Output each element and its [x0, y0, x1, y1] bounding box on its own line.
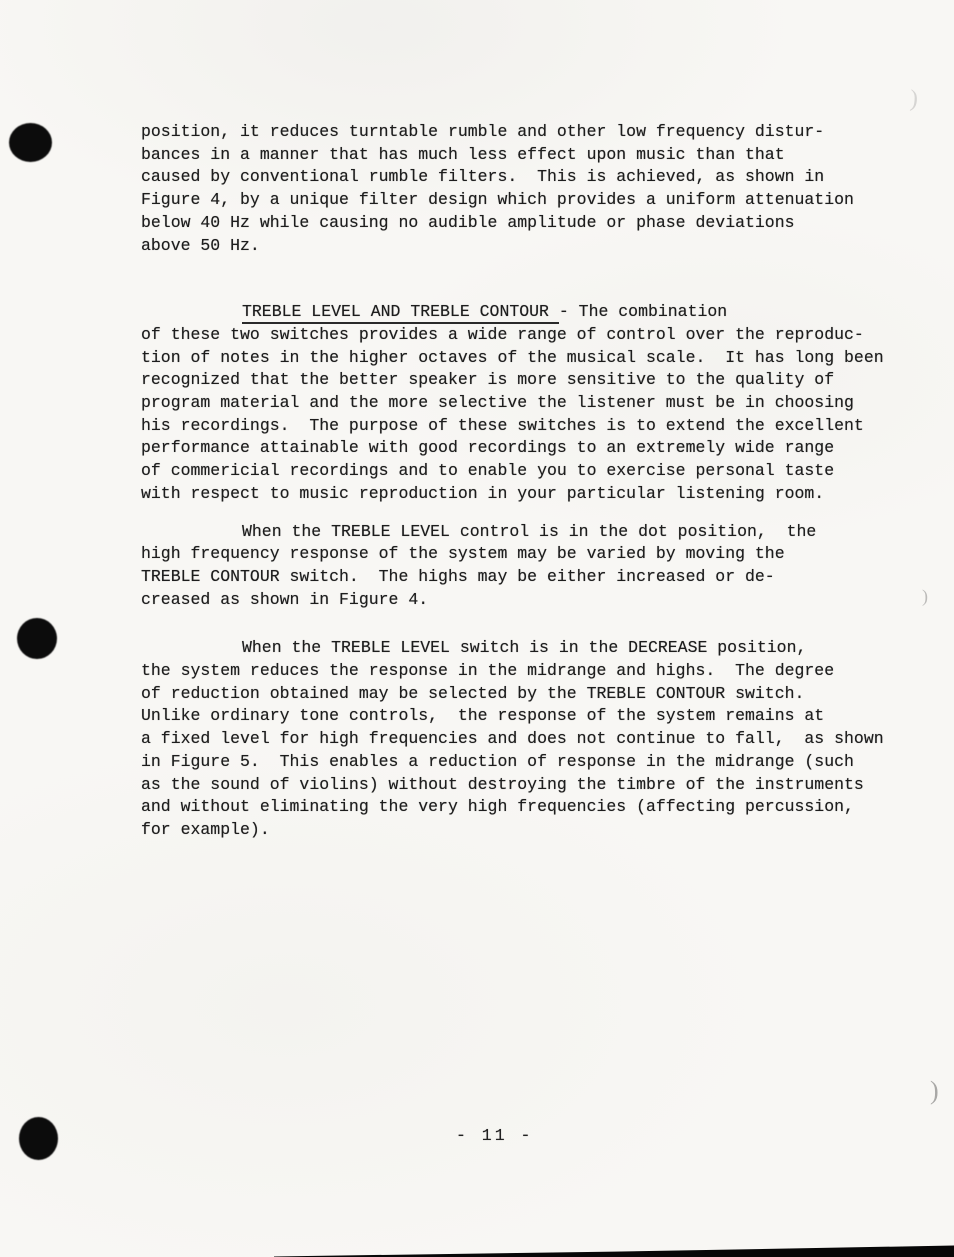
hole-punch-mark	[19, 1117, 58, 1160]
text-line: high frequency response of the system ma…	[141, 543, 921, 566]
text-line: creased as shown in Figure 4.	[141, 589, 921, 612]
text-line: with respect to music reproduction in yo…	[141, 483, 921, 506]
hole-punch-mark	[9, 123, 52, 162]
document-body: position, it reduces turntable rumble an…	[141, 121, 921, 842]
text-line: caused by conventional rumble filters. T…	[141, 166, 921, 189]
text-line: When the TREBLE LEVEL control is in the …	[141, 521, 921, 544]
text-line: a fixed level for high frequencies and d…	[141, 728, 921, 751]
scan-mark: )	[930, 1076, 939, 1106]
text-line: in Figure 5. This enables a reduction of…	[141, 751, 921, 774]
text-line: bances in a manner that has much less ef…	[141, 144, 921, 167]
text-line: program material and the more selective …	[141, 392, 921, 415]
para-rumble-filter: position, it reduces turntable rumble an…	[141, 121, 921, 257]
text-line: for example).	[141, 819, 921, 842]
scan-edge-shadow	[274, 1243, 954, 1257]
text-line: above 50 Hz.	[141, 235, 921, 258]
text-line: of reduction obtained may be selected by…	[141, 683, 921, 706]
text-segment: - The combination	[559, 302, 727, 321]
scanned-document-page: position, it reduces turntable rumble an…	[0, 0, 954, 1257]
scan-mark: )	[909, 86, 919, 113]
text-line: as the sound of violins) without destroy…	[141, 774, 921, 797]
text-line: TREBLE LEVEL AND TREBLE CONTOUR - The co…	[141, 301, 921, 324]
text-line: TREBLE CONTOUR switch. The highs may be …	[141, 566, 921, 589]
page-number: - 11 -	[456, 1126, 533, 1145]
text-line: position, it reduces turntable rumble an…	[141, 121, 921, 144]
text-line: Unlike ordinary tone controls, the respo…	[141, 705, 921, 728]
text-line: the system reduces the response in the m…	[141, 660, 921, 683]
text-line: of these two switches provides a wide ra…	[141, 324, 921, 347]
text-line: tion of notes in the higher octaves of t…	[141, 347, 921, 370]
text-line: his recordings. The purpose of these swi…	[141, 415, 921, 438]
para-treble-level-dot-position: When the TREBLE LEVEL control is in the …	[141, 521, 921, 612]
text-line: recognized that the better speaker is mo…	[141, 369, 921, 392]
text-line: of commericial recordings and to enable …	[141, 460, 921, 483]
para-treble-switches-intro: TREBLE LEVEL AND TREBLE CONTOUR - The co…	[141, 301, 921, 505]
text-line: When the TREBLE LEVEL switch is in the D…	[141, 637, 921, 660]
text-line: Figure 4, by a unique filter design whic…	[141, 189, 921, 212]
para-treble-level-decrease: When the TREBLE LEVEL switch is in the D…	[141, 637, 921, 841]
underlined-heading-text: TREBLE LEVEL AND TREBLE CONTOUR	[242, 302, 559, 324]
text-line: performance attainable with good recordi…	[141, 437, 921, 460]
scan-mark: )	[922, 586, 928, 607]
text-line: and without eliminating the very high fr…	[141, 796, 921, 819]
hole-punch-mark	[17, 618, 57, 659]
text-line: below 40 Hz while causing no audible amp…	[141, 212, 921, 235]
